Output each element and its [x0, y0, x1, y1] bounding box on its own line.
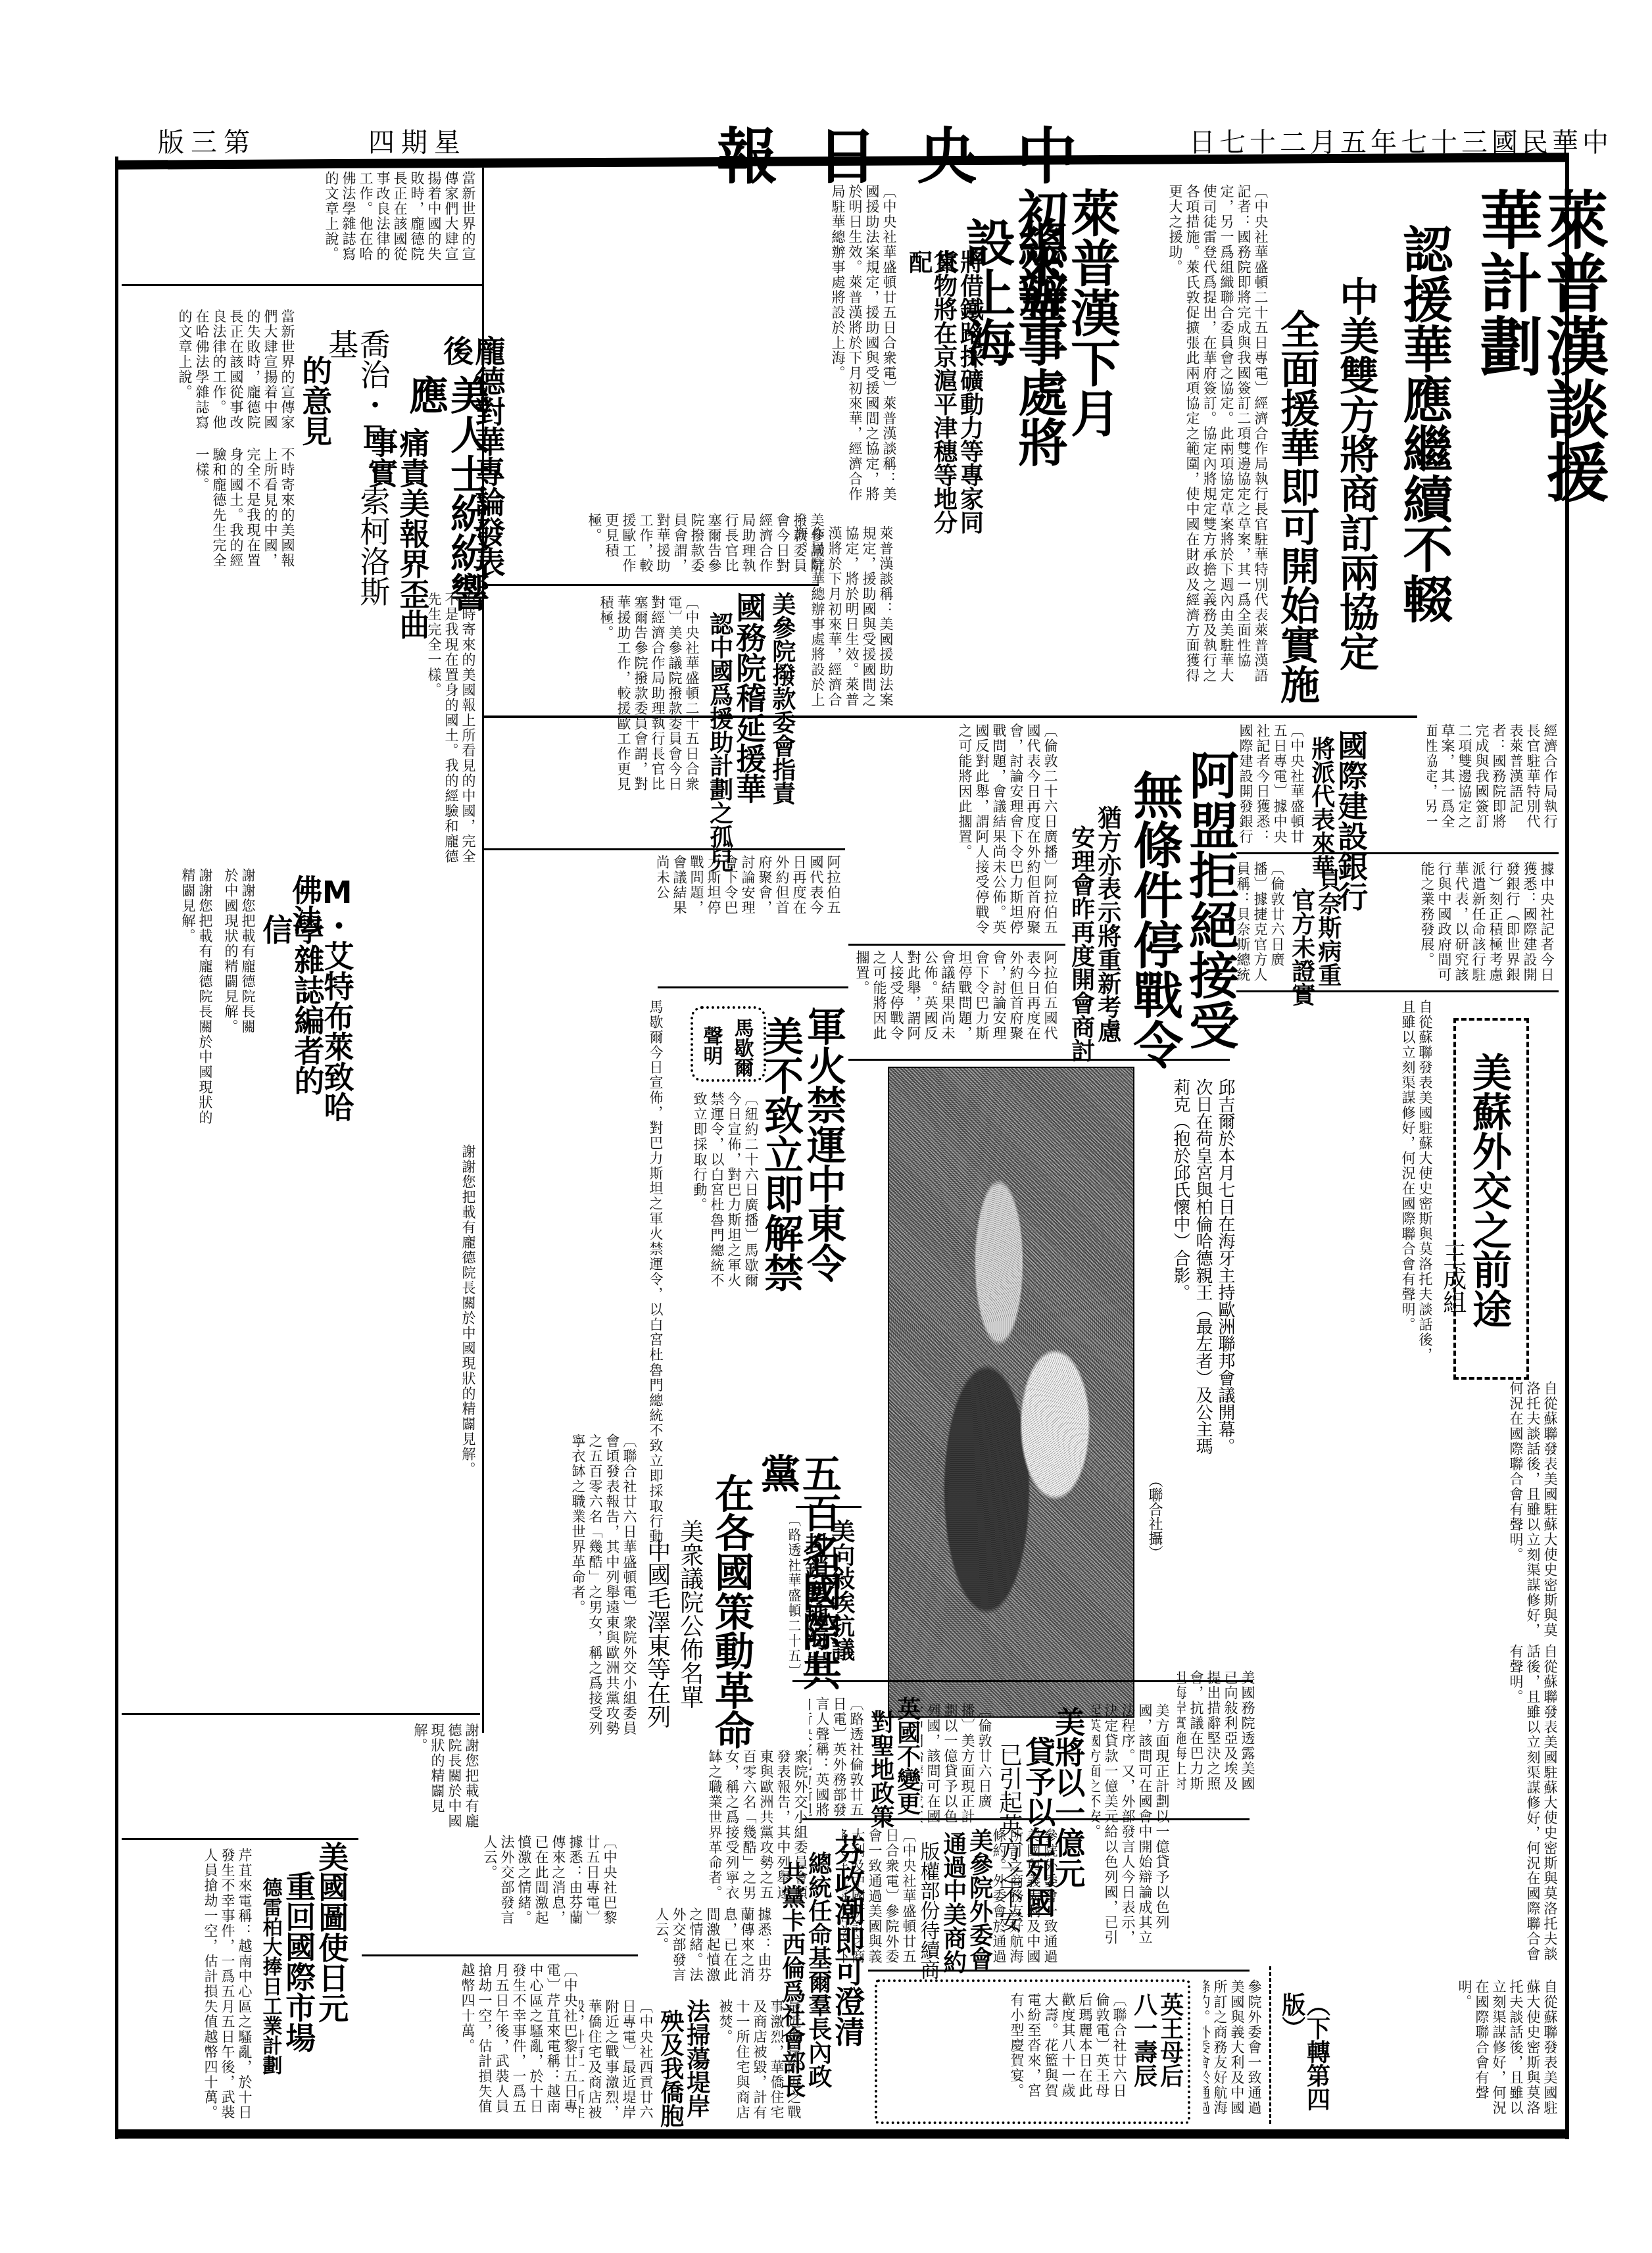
article-body: 〔倫敦廿六日廣播〕據捷克官方人員稱：貝奈斯總統病重。據捷克駐英大使館未予證實，但… — [1236, 861, 1286, 986]
body-text: 參院外委會一致通過美國與義大利及中國所訂之商務友好航海條約。外委會於通過與中國所… — [1203, 1979, 1262, 2116]
headline: 美蘇外交之前途 — [1468, 1052, 1509, 1368]
article-body: 當新世界的宣傳家們大肆宣揚着中國的失敗時，龐德院長正在該國從事改良法律的工作。他… — [122, 171, 477, 276]
body-text: 謝謝您把載有龐德院長關於中國現狀的精闢見解。 — [180, 868, 213, 1125]
subheadline: 總統任命基爾羣長內政 — [806, 1851, 831, 2127]
subheadline: 的意見 — [299, 355, 331, 447]
article-body: 最近堤岸附近之戰事激烈，華僑住宅及商店被毀，計有十一所住宅與商店被焚。 — [717, 1999, 802, 2121]
body-text: 不時寄來的美國報上所看見的中國，完全不是我現在置身的國土。我的經驗和龐德先生完全… — [426, 592, 476, 864]
headline: 美向敍埃抗議 — [829, 1519, 854, 1670]
subheadline: 全面援華即可開始實施 — [1276, 309, 1317, 717]
article-body: 參院外委會一致通過美國與義大利及中國所訂之商務友好航海條約。外委會於通過與中國所… — [1203, 1979, 1263, 2118]
article-body: 據悉：由芬蘭傳來之消息，已在此間激起憤激之情緒。法外交部發言人云。 — [631, 1907, 773, 1996]
body-text: 謝謝您把載有龐德院長關於中國現狀的精闢見解。 — [223, 868, 256, 1034]
continued-note: （下轉第四版） — [1279, 1993, 1329, 2124]
body-text: 謝謝您把載有龐德院長關於中國現狀的精闢見解。 — [460, 1144, 476, 1477]
body-text: 美國務院透露美國已向敍利亞及埃及提出措辭堅決之照會，抗議在巴力斯坦海岸實施海上封… — [1177, 1670, 1255, 1791]
body-text: 阿拉伯五國代表今日再度在外約但首府聚會，討論安理會下令巴力斯坦停戰問題，會議結果… — [854, 950, 1058, 1041]
newspaper-title: 中央日報 — [717, 109, 1117, 195]
article-body: 美參議院撥款委員會今日對經濟合作局助理執行長官比塞爾告參院撥款委員會謂，對華援助… — [497, 513, 825, 579]
headline: 英國不變更 — [894, 1697, 919, 1822]
article-body: 自從蘇聯發表美國駐蘇大使史密斯與莫洛托夫談話後，且雖以立刻渠謀修好，何況在國際聯… — [1236, 1000, 1434, 1368]
body-text: 美方面現正計劃以一億貸予以色列國，該問可在國會中開始辯論成其立法程序。又，外部發… — [1092, 1703, 1170, 1945]
column-rule — [1269, 1966, 1271, 2124]
body-text: 阿拉伯五國代表今日再度在外約但首府聚會，討論安理會下令巴力斯坦停戰問題，會議結果… — [658, 855, 841, 915]
section-rule — [122, 284, 483, 286]
dateline: 〔聯合社廿六日華盛頓電〕 — [621, 1434, 637, 1615]
article-body: 〔紐約二十六日廣播〕馬歇爾今日宣佈，對巴力斯坦之軍火禁運令，以白宮杜魯門總統不致… — [671, 1092, 760, 1289]
article-body: 不時寄來的美國報上所看見的中國，完全不是我現在置身的國土。我的經驗和龐德先生完全… — [122, 592, 477, 868]
section-rule — [848, 944, 1065, 946]
subheadline: 猶方亦表示將重新考慮 — [1095, 806, 1120, 1082]
subheadline: 通過中美商約 — [940, 1831, 965, 1989]
subheadline: 德雷柏大捧日工業計劃 — [260, 1877, 281, 2075]
article-body: 〔中央社華盛頓二十五日合衆電〕美參議院撥款委員會今日對經濟合作局助理執行長官比塞… — [497, 595, 700, 806]
section-rule — [658, 986, 848, 988]
body-text: 美參議院撥款委員會今日對經濟合作局助理執行長官比塞爾告參院撥款委員會謂，對華援助… — [587, 513, 825, 573]
article-body: 〔中央社巴黎廿五日專電〕芹苴來電稱：越南中心區之騷亂，於十日發生不幸事件，一爲五… — [362, 1963, 579, 2121]
article-body: 參院外委會一致通過美國與義大利及中國所訂之商務友好航海條約。外委會於通過與中國所… — [993, 1828, 1059, 1966]
section-rule — [1236, 852, 1559, 854]
headline: 喬治・E・索柯洛斯基 — [326, 329, 389, 618]
article-body: 不時寄來的美國報上所看見的中國，完全不是我現在置身的國土。我的經驗和龐德先生完全… — [164, 447, 296, 579]
subheadline: 國務院稽延援華 — [733, 592, 765, 842]
article-body: 自從蘇聯發表美國駐蘇大使史密斯與莫洛托夫談話後，且雖以立刻渠謀修好，何況在國際聯… — [1250, 1644, 1559, 1973]
subheadline: 封鎖聖地海岸 — [802, 1532, 827, 1684]
body-text: 謝謝您把載有龐德院長關於中國現狀的精闢見解。 — [412, 1723, 479, 1829]
article-body: 經濟合作局執行長官駐華特別代表萊普漢語記者：國務院即將完成與我國簽訂二項雙邊協定… — [1427, 723, 1559, 842]
article-body: 謝謝您把載有龐德院長關於中國現狀的精闢見解。 — [122, 1144, 477, 1703]
subheadline: 重回國際市場 — [283, 1871, 314, 2068]
photo-credit: （聯合社攝） — [1144, 1473, 1165, 1578]
weekday: 星期四 — [368, 122, 467, 159]
headline: 貝奈斯病重 — [1315, 868, 1340, 1000]
article-body: 美國務院透露美國已向敍利亞及埃及提出措辭堅決之照會，抗議在巴力斯坦海岸實施海上封… — [1177, 1670, 1256, 1802]
dateline: 〔紐約二十六日廣播〕 — [743, 1092, 759, 1243]
dateline: 〔中央社華盛頓廿五日合衆電〕 — [881, 184, 897, 396]
subheadline: 中國毛澤東等在列 — [644, 1539, 669, 1749]
article-body: 〔路透社華盛頓二十五〕 — [789, 1513, 802, 1677]
subheadline: 貨物將在京滬平津穗等地分配 — [906, 250, 956, 552]
article-body: 〔中央社西貢廿六日專電〕最近堤岸附近之戰事激烈，華僑住宅及商店被毀，計有十一所住… — [579, 1999, 654, 2121]
subheadline: 認中國爲援助計劃之孤兒 — [707, 612, 732, 875]
body-text: 自從蘇聯發表美國駐蘇大使史密斯與莫洛托夫談話後，且雖以立刻渠謀修好，何況在國際聯… — [1457, 1979, 1558, 2116]
article-body: 〔中央社巴黎廿五日專電〕據悉：由芬蘭傳來之消息，已在此間激起憤激之情緒。法外交部… — [362, 1835, 618, 1940]
subheadline: 對聖地政策 — [868, 1710, 893, 1835]
article-body: 〔聯合社廿六日倫敦電〕英王母后瑪麗本日在此歡度其八十一歲大壽。花籃與賀電紛至沓來… — [885, 1993, 1128, 2111]
section-rule — [483, 848, 845, 850]
section-rule — [122, 1838, 358, 1840]
section-rule — [792, 1680, 1253, 1682]
body-text: 據中央社記者今日獲悉：國際建設開發銀行（即世界銀行）刻正積極考慮派遣新任命該行駐… — [1419, 861, 1555, 982]
article-body: 〔倫敦二十六日廣播〕阿拉伯五國代表今日再度在外約但首府聚會，討論安理會下令巴力斯… — [848, 723, 1059, 940]
headline: 美國圖使日元 — [316, 1841, 347, 2039]
news-photo — [888, 1067, 1134, 1718]
article-body: 〔倫敦廿六日廣播〕美方面現正計劃以一億貸予以色列國，該問可在國會中開始辯論成其立… — [921, 1703, 993, 1828]
section-rule — [483, 584, 819, 586]
subheadline: 在各國策動革命 — [710, 1473, 752, 1749]
article-body: 〔中央社華盛頓廿五日合衆電〕萊普漢談稱：美國援助法案規定，援助國與受援國間之協定… — [737, 184, 898, 513]
body-text: 據悉：由芬蘭傳來之消息，已在此間激起憤激之情緒。法外交部發言人云。 — [482, 1835, 583, 1926]
article-body: 阿拉伯五國代表今日再度在外約但首府聚會，討論安理會下令巴力斯坦停戰問題，會議結果… — [658, 855, 842, 917]
body-text: 自從蘇聯發表美國駐蘇大使史密斯與莫洛托夫談話後，且雖以立刻渠謀修好，何況在國際聯… — [1400, 1000, 1433, 1363]
article-body: 〔中央社華盛頓廿五日專電〕據中央社記者今日獲悉：國際建設開發銀行（即世界銀行）刻… — [1236, 723, 1305, 848]
subheadline: 認援華應繼續不輟 — [1397, 224, 1450, 684]
body-text: 自從蘇聯發表美國駐蘇大使史密斯與莫洛托夫談話後，且雖以立刻渠謀修好，何況在國際聯… — [1508, 1644, 1558, 1962]
photo-caption: 邱吉爾於本月七日在海牙主持歐洲聯邦會議開幕。次日在荷皇宮與柏倫哈德親王（最左者）… — [1144, 1078, 1236, 1460]
section-rule — [1236, 990, 1559, 992]
box-label: 馬歇爾 — [731, 1018, 752, 1084]
section-rule — [122, 1713, 480, 1715]
dateline: 〔倫敦二十六日廣播〕 — [1042, 723, 1058, 875]
subheadline: 殃及我僑胞 — [658, 2009, 683, 2127]
footer-rule — [117, 2129, 1569, 2139]
headline: 美參院外委會 — [967, 1828, 992, 1986]
body-text: 當新世界的宣傳家們大肆宣揚着中國的失敗時，龐德院長正在該國從事改良法律的工作。他… — [177, 309, 295, 430]
article-body: 芹苴來電稱：越南中心區之騷亂，於十日發生不幸事件，一爲五月五日午後，武裝人員搶劫… — [122, 1848, 253, 2124]
section-rule — [362, 1954, 638, 1956]
body-text: 芹苴來電稱：越南中心區之騷亂，於十日發生不幸事件，一爲五月五日午後，武裝人員搶劫… — [203, 1848, 253, 2120]
body-text: 自從蘇聯發表美國駐蘇大使史密斯與莫洛托夫談話後，且雖以立刻渠謀修好，何況在國際聯… — [1508, 1381, 1558, 1638]
body-text: 當新世界的宣傳家們大肆宣揚着中國的失敗時，龐德院長正在該國從事改良法律的工作。他… — [324, 171, 476, 262]
subheadline: 美衆議院公佈名單 — [677, 1519, 702, 1743]
headline: 芬政潮即可澄清 — [832, 1835, 863, 2118]
headline: 法掃蕩堤岸 — [684, 1999, 709, 2118]
body-text: 不時寄來的美國報上所看見的中國，完全不是我現在置身的國土。我的經驗和龐德先生完全… — [194, 447, 295, 568]
dateline: 〔中央社華盛頓二十五日專電〕 — [1253, 184, 1269, 396]
subheadline: 學雜誌編者的信 — [260, 914, 324, 1111]
article-body: 〔聯合社廿六日華盛頓電〕衆院外交小組委員會頃發表報告，其中列舉遠東與歐洲共黨攻勢… — [487, 1434, 638, 1749]
article-body: 謝謝您把載有龐德院長關於中國現狀的精闢見解。 — [122, 1723, 480, 1835]
body-text: 經濟合作局執行長官駐華特別代表萊普漢語記者：國務院即將完成與我國簽訂二項雙邊協定… — [1427, 723, 1558, 829]
article-body: 自從蘇聯發表美國駐蘇大使史密斯與莫洛托夫談話後，且雖以立刻渠謀修好，何況在國際聯… — [1309, 1979, 1559, 2121]
dateline: 〔路透社華盛頓二十五〕 — [789, 1513, 802, 1677]
article-body-continued: 阿拉伯五國代表今日再度在外約但首府聚會，討論安理會下令巴力斯坦停戰問題，會議結果… — [848, 950, 1059, 1052]
headline: 阿盟拒絕接受 — [1184, 750, 1236, 1092]
box-label: 聲明 — [700, 1026, 721, 1078]
headline: 軍火禁運中東令 — [802, 1006, 844, 1296]
article-body: 謝謝您把載有龐德院長關於中國現狀的精闢見解。 — [122, 868, 214, 1131]
body-text: 馬歇爾今日宣佈，對巴力斯坦之軍火禁運令，以白宮杜魯門總統不致立即採取行動。 — [648, 1000, 664, 1559]
body-text: 據悉：由芬蘭傳來之消息，已在此間激起憤激之情緒。法外交部發言人云。 — [654, 1907, 772, 1983]
subheadline: 八一壽辰 — [1131, 1993, 1156, 2098]
byline: 王成組 — [1440, 1243, 1465, 1355]
frame-left-rule — [115, 157, 118, 2139]
article-body: 自從蘇聯發表美國駐蘇大使史密斯與莫洛托夫談話後，且雖以立刻渠謀修好，何況在國際聯… — [1236, 1381, 1559, 1644]
article-body-continued: 據中央社記者今日獲悉：國際建設開發銀行（即世界銀行）刻正積極考慮派遣新任命該行駐… — [1345, 861, 1555, 986]
article-body: 美方面現正計劃以一億貸予以色列國，該問可在國會中開始辯論成其立法程序。又，外部發… — [1092, 1703, 1171, 1953]
body-text: 參院外委會一致通過美國與義大利及中國所訂之商務友好航海條約。外委會於通過與中國所… — [993, 1828, 1058, 1964]
page-number: 第三版 — [158, 122, 256, 159]
headline: 萊普漢談援華計劃 — [1473, 187, 1606, 556]
section-rule — [802, 1818, 1250, 1820]
body-text: 最近堤岸附近之戰事激烈，華僑住宅及商店被毀，計有十一所住宅與商店被焚。 — [717, 1999, 802, 2120]
subheadline: 中美雙方將商訂兩協定 — [1335, 276, 1376, 684]
headline: 英王母后 — [1157, 1993, 1182, 2098]
column-rule — [482, 168, 484, 1733]
section-rule — [848, 1059, 1230, 1061]
subheadline: 版權部份待續商 — [917, 1841, 938, 1986]
article-body: 當新世界的宣傳家們大肆宣揚着中國的失敗時，龐德院長正在該國從事改良法律的工作。他… — [164, 309, 296, 434]
section-rule — [868, 1970, 1250, 1972]
dateline: 〔中央社巴黎廿五日專電〕 — [585, 1835, 618, 1926]
article-body: 謝謝您把載有龐德院長關於中國現狀的精闢見解。 — [217, 868, 256, 1046]
section-rule — [796, 1506, 862, 1508]
article-body: 〔路透社倫敦廿五日電〕英外務部發言人聲稱：英國將自行決定巴力斯坦政策，不受任何他… — [809, 1697, 865, 1822]
headline: 美參院撥款委會指責 — [769, 592, 794, 842]
